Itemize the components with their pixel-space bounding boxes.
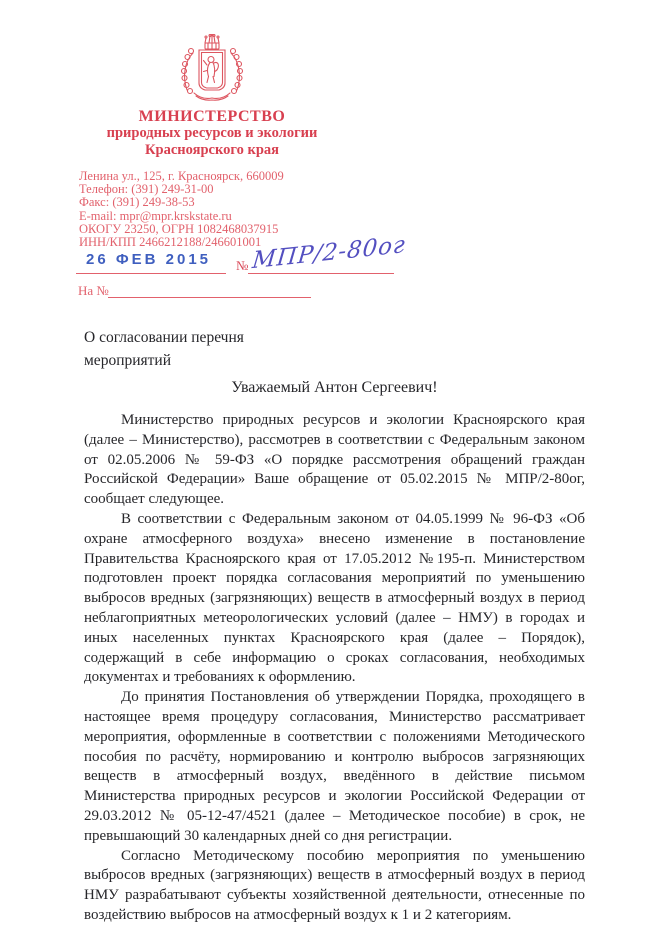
contact-block: Ленина ул., 125, г. Красноярск, 660009 Т…: [79, 170, 284, 249]
ministry-name: МИНИСТЕРСТВО: [0, 108, 424, 125]
number-sign: №: [236, 258, 248, 274]
date-underline: [76, 273, 226, 274]
number-underline: [248, 273, 394, 274]
krasnoyarsk-krai-coat-of-arms-icon: [172, 34, 252, 108]
letter-body: Министерство природных ресурсов и эколог…: [84, 411, 585, 926]
email-line: E-mail: mpr@mpr.krskstate.ru: [79, 210, 284, 223]
reply-number-underline: [108, 297, 311, 298]
ministry-subtitle: природных ресурсов и экологии: [0, 125, 424, 142]
subject: О согласовании перечня мероприятий: [84, 326, 324, 372]
salutation: Уважаемый Антон Сергеевич!: [84, 379, 585, 397]
reply-number-label: На №: [78, 283, 109, 299]
body-paragraph: В соответствии с Федеральным законом от …: [84, 510, 585, 688]
subject-line-1: О согласовании перечня: [84, 326, 324, 349]
region-name: Красноярского края: [0, 142, 424, 159]
body-paragraph: Министерство природных ресурсов и эколог…: [84, 411, 585, 510]
letter-page: МИНИСТЕРСТВО природных ресурсов и эколог…: [0, 0, 649, 929]
date-stamp: 26 ФЕВ 2015: [86, 251, 211, 268]
body-paragraph: Согласно Методическому пособию мероприят…: [84, 847, 585, 926]
subject-line-2: мероприятий: [84, 349, 324, 372]
body-paragraph: До принятия Постановления об утверждении…: [84, 688, 585, 846]
letterhead-title: МИНИСТЕРСТВО природных ресурсов и эколог…: [0, 108, 424, 159]
fax-line: Факс: (391) 249-38-53: [79, 196, 284, 209]
